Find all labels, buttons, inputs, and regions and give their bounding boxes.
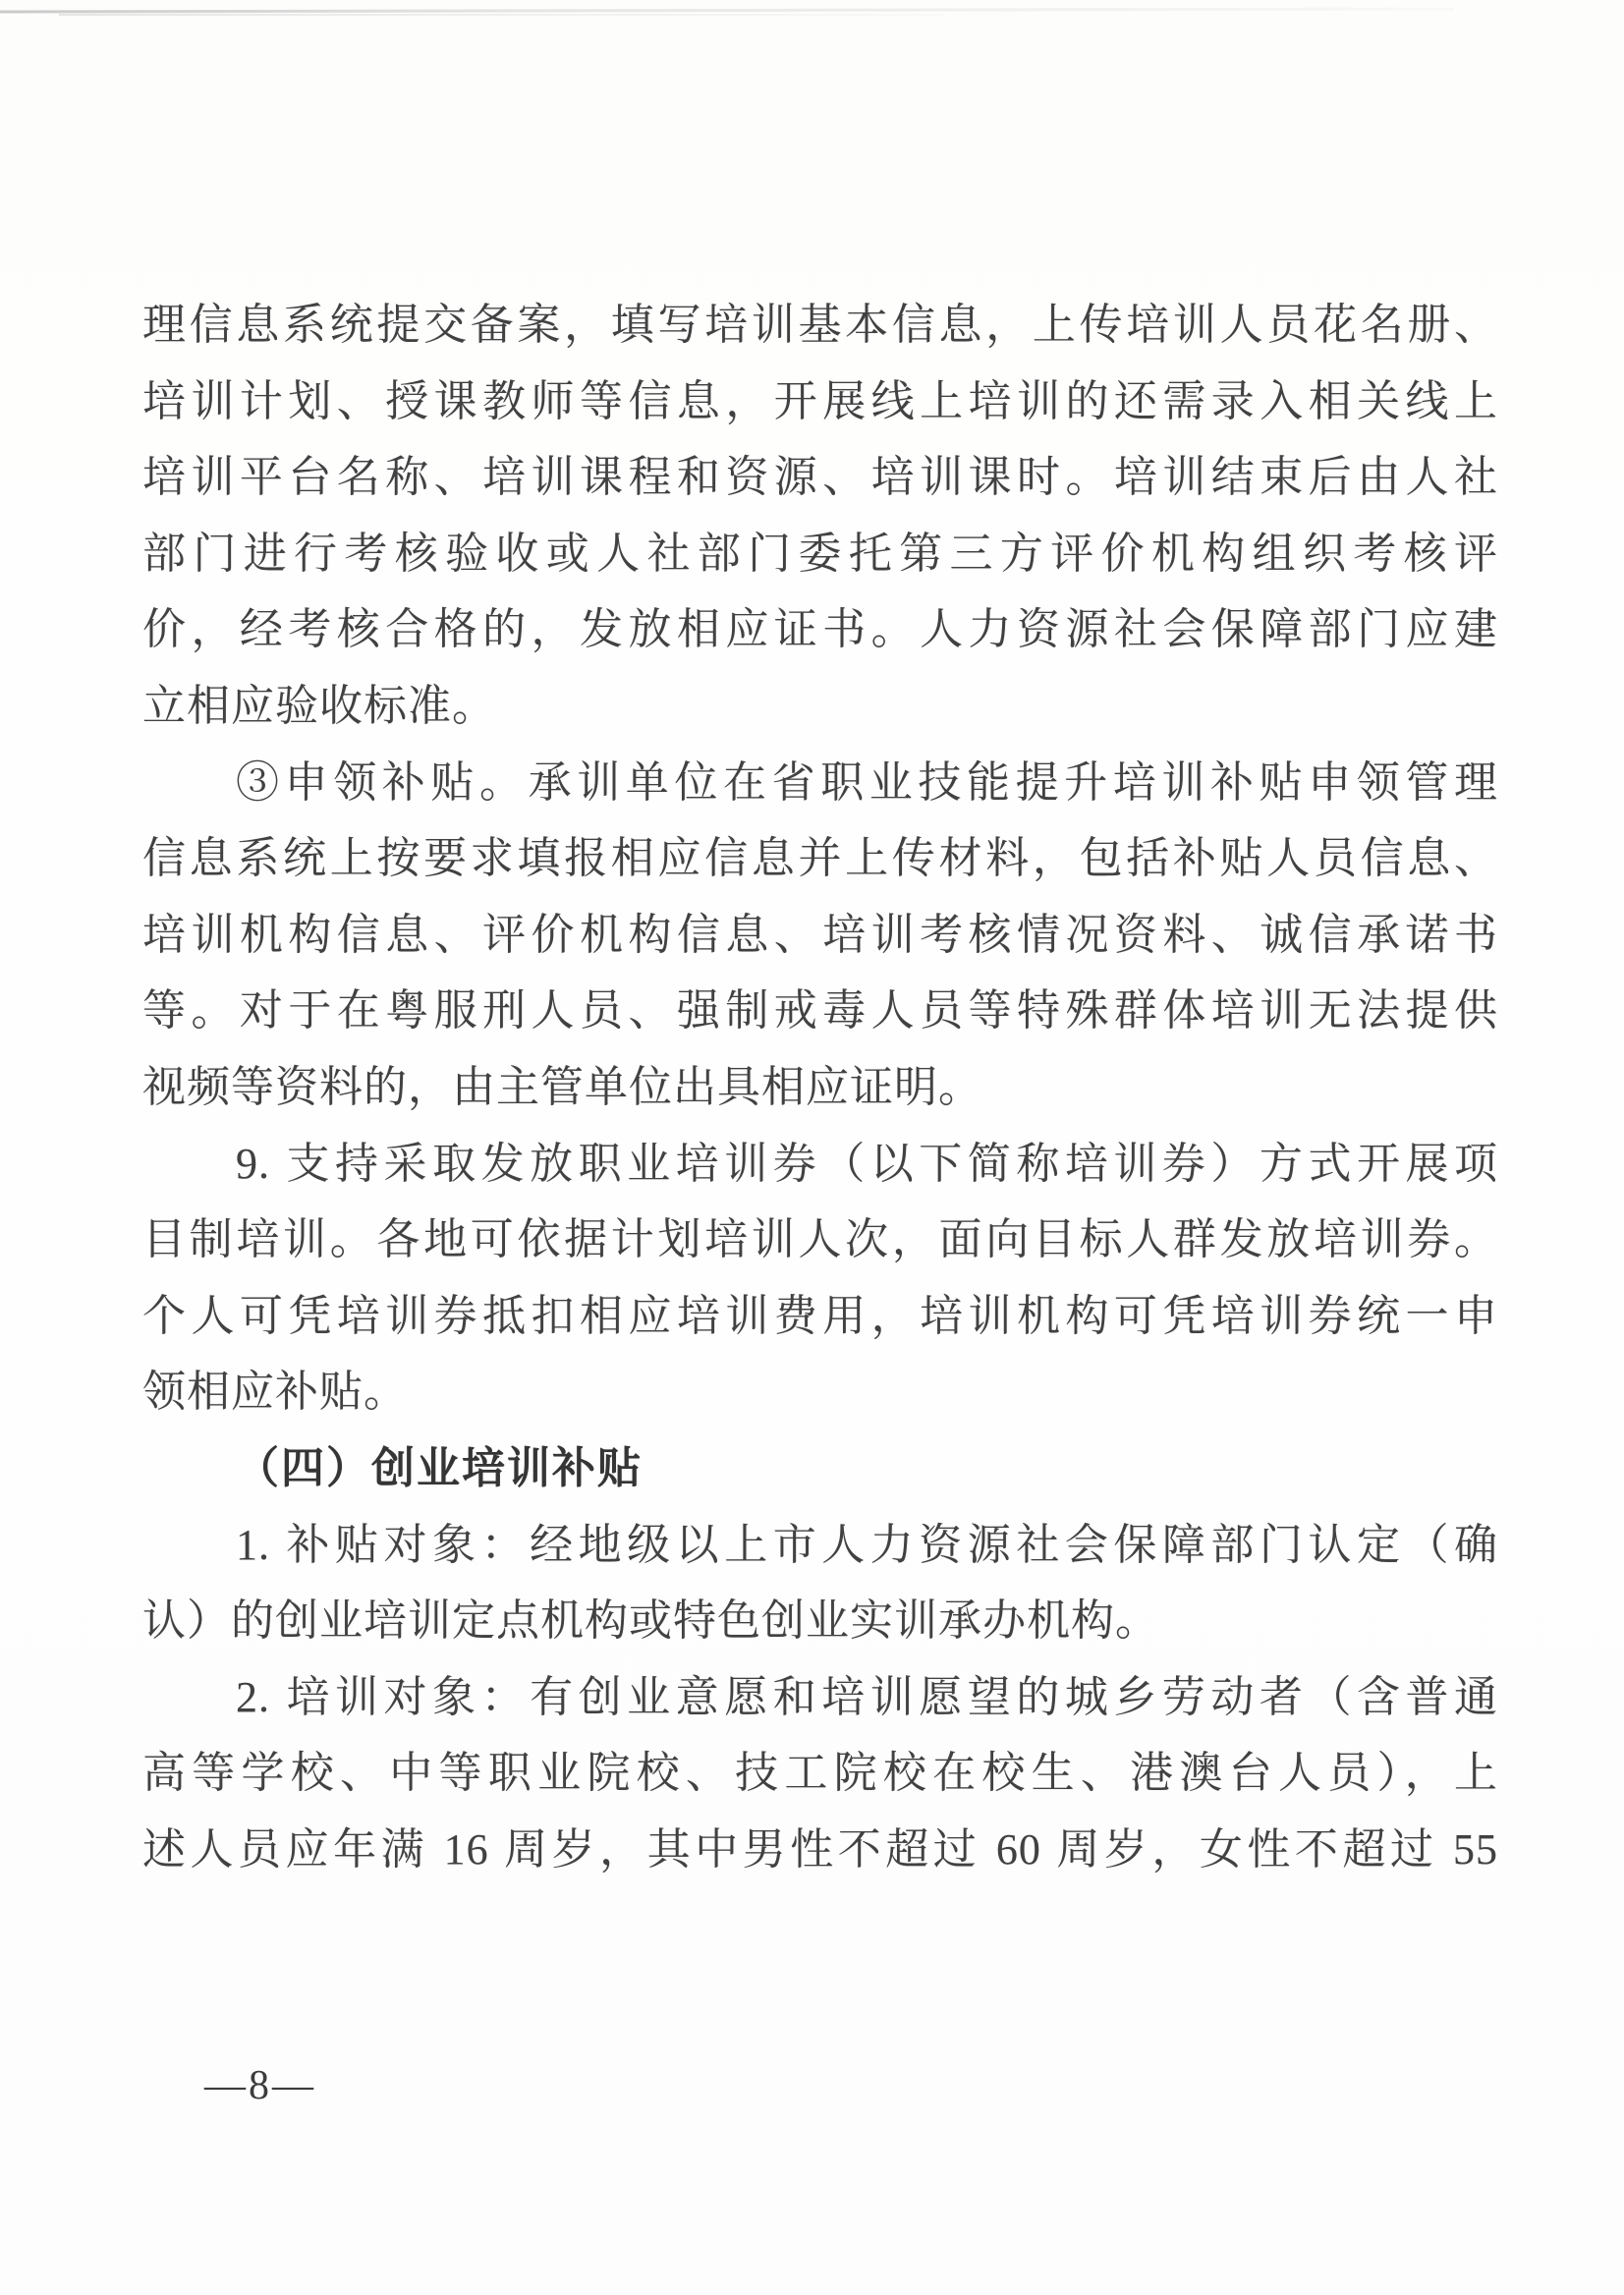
- text-line: ③申领补贴。承训单位在省职业技能提升培训补贴申领管理: [142, 745, 1498, 821]
- text-line: 认）的创业培训定点机构或特色创业实训承办机构。: [142, 1583, 1498, 1659]
- text-line: 培训机构信息、评价机构信息、培训考核情况资料、诚信承诺书: [142, 897, 1498, 974]
- text-line: 领相应补贴。: [142, 1354, 1498, 1430]
- text-line: 2. 培训对象：有创业意愿和培训愿望的城乡劳动者（含普通: [142, 1659, 1498, 1736]
- text-line: 信息系统上按要求填报相应信息并上传材料，包括补贴人员信息、: [142, 820, 1498, 897]
- page-number: —8—: [204, 2061, 316, 2110]
- document-text-block: 理信息系统提交备案，填写培训基本信息，上传培训人员花名册、 培训计划、授课教师等…: [142, 287, 1498, 1887]
- text-line: 等。对于在粤服刑人员、强制戒毒人员等特殊群体培训无法提供: [142, 973, 1498, 1049]
- text-line: 1. 补贴对象：经地级以上市人力资源社会保障部门认定（确: [142, 1507, 1498, 1584]
- text-line: 个人可凭培训券抵扣相应培训费用，培训机构可凭培训券统一申: [142, 1278, 1498, 1355]
- text-line: 部门进行考核验收或人社部门委托第三方评价机构组织考核评: [142, 516, 1498, 592]
- text-line: 述人员应年满 16 周岁，其中男性不超过 60 周岁，女性不超过 55: [142, 1812, 1498, 1888]
- text-line: 高等学校、中等职业院校、技工院校在校生、港澳台人员），上: [142, 1735, 1498, 1812]
- text-line: 培训平台名称、培训课程和资源、培训课时。培训结束后由人社: [142, 439, 1498, 516]
- text-line: 理信息系统提交备案，填写培训基本信息，上传培训人员花名册、: [142, 287, 1498, 364]
- text-line: 视频等资料的，由主管单位出具相应证明。: [142, 1049, 1498, 1126]
- document-page: 理信息系统提交备案，填写培训基本信息，上传培训人员花名册、 培训计划、授课教师等…: [0, 0, 1624, 2295]
- text-line: 9. 支持采取发放职业培训券（以下简称培训券）方式开展项: [142, 1126, 1498, 1203]
- text-line: 立相应验收标准。: [142, 668, 1498, 745]
- scan-artifact-line: [0, 7, 1454, 13]
- text-line: 培训计划、授课教师等信息，开展线上培训的还需录入相关线上: [142, 364, 1498, 440]
- scan-artifact-line-2: [59, 14, 943, 16]
- section-heading: （四）创业培训补贴: [142, 1430, 1498, 1507]
- text-line: 目制培训。各地可依据计划培训人次，面向目标人群发放培训券。: [142, 1202, 1498, 1278]
- text-line: 价，经考核合格的，发放相应证书。人力资源社会保障部门应建: [142, 591, 1498, 668]
